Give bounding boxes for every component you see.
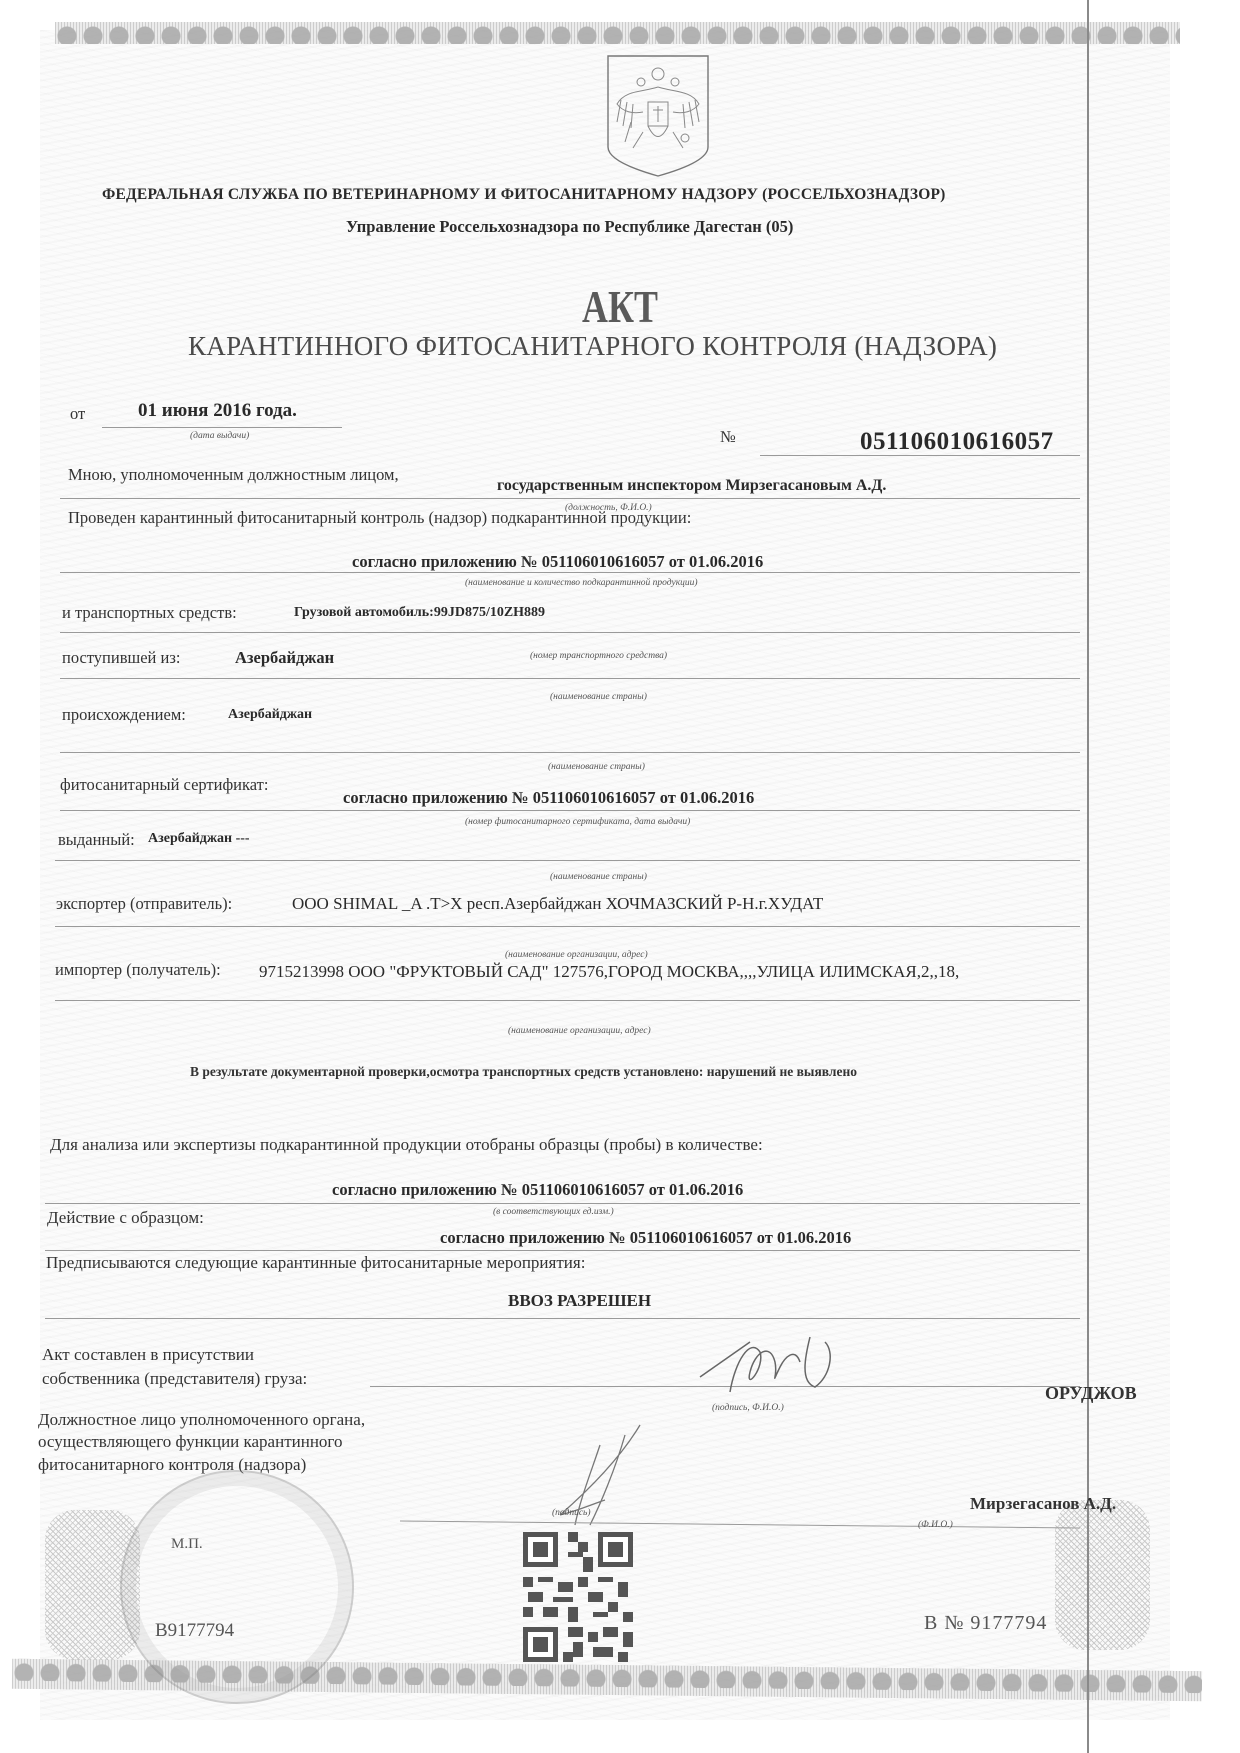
measures-value: ВВОЗ РАЗРЕШЕН bbox=[508, 1291, 651, 1311]
document-title: АКТ bbox=[136, 280, 1103, 333]
date-label: от bbox=[70, 404, 85, 424]
owner-sign-hint: (подпись, Ф.И.О.) bbox=[712, 1403, 784, 1413]
official-label-2: осуществляющего функции карантинного bbox=[38, 1432, 342, 1452]
product-label: Проведен карантинный фитосанитарный конт… bbox=[68, 508, 691, 528]
measures-label: Предписываются следующие карантинные фит… bbox=[46, 1253, 585, 1273]
inspector-rule bbox=[60, 498, 1080, 499]
transport-rule bbox=[60, 632, 1080, 633]
inspection-result: В результате документарной проверки,осмо… bbox=[190, 1064, 857, 1080]
sample-action-rule bbox=[45, 1250, 1080, 1251]
origin-from-hint: (наименование страны) bbox=[550, 692, 647, 702]
transport-value: Грузовой автомобиль:99JD875/10ZH889 bbox=[294, 605, 545, 621]
date-rule bbox=[102, 427, 342, 428]
importer-label: импортер (получатель): bbox=[55, 960, 221, 980]
exporter-label: экспортер (отправитель): bbox=[56, 894, 232, 914]
official-name: Мирзегасанов А.Д. bbox=[970, 1494, 1116, 1514]
date-hint: (дата выдачи) bbox=[190, 431, 249, 441]
origin-from-value: Азербайджан bbox=[235, 648, 334, 668]
certificate-rule bbox=[60, 810, 1080, 811]
act-number: 051106010616057 bbox=[860, 428, 1054, 456]
official-stamp bbox=[120, 1470, 354, 1704]
issued-value: Азербайджан --- bbox=[148, 831, 250, 847]
official-label-1: Должностное лицо уполномоченного органа, bbox=[38, 1410, 365, 1430]
official-sign-hint: (подпись) bbox=[552, 1508, 591, 1518]
product-rule bbox=[60, 572, 1080, 573]
ornamental-border-top bbox=[55, 22, 1180, 44]
exporter-rule bbox=[55, 926, 1080, 927]
sample-action-label: Действие с образцом: bbox=[47, 1208, 204, 1228]
official-name-hint: (Ф.И.О.) bbox=[918, 1520, 953, 1530]
qr-code bbox=[523, 1532, 633, 1662]
issued-rule bbox=[55, 860, 1080, 861]
issue-date: 01 июня 2016 года. bbox=[138, 400, 297, 422]
number-rule bbox=[760, 455, 1080, 456]
origin-rule bbox=[60, 752, 1080, 753]
transport-hint: (номер транспортного средства) bbox=[530, 651, 667, 661]
inspector-label: Мною, уполномоченным должностным лицом, bbox=[68, 465, 399, 485]
product-value: согласно приложению № 051106010616057 от… bbox=[352, 552, 763, 572]
agency-name: ФЕДЕРАЛЬНАЯ СЛУЖБА ПО ВЕТЕРИНАРНОМУ И ФИ… bbox=[102, 186, 946, 204]
origin-hint: (наименование страны) bbox=[548, 762, 645, 772]
origin-from-rule bbox=[60, 678, 1080, 679]
samples-hint: (в соответствующих ед.изм.) bbox=[493, 1207, 614, 1217]
product-hint: (наименование и количество подкарантинно… bbox=[465, 578, 698, 588]
ornament-corner-bottom-right bbox=[1055, 1500, 1150, 1650]
certificate-value: согласно приложению № 051106010616057 от… bbox=[343, 788, 754, 808]
importer-rule bbox=[55, 1000, 1080, 1001]
department-name: Управление Россельхознадзора по Республи… bbox=[346, 217, 793, 237]
owner-name: ОРУДЖОВ bbox=[1045, 1383, 1137, 1404]
exporter-value: ООО SHIMAL _A .T>X респ.Азербайджан ХОЧМ… bbox=[292, 894, 823, 914]
transport-label: и транспортных средств: bbox=[62, 603, 237, 623]
inspector-value: государственным инспектором Мирзегасанов… bbox=[497, 477, 886, 495]
issued-label: выданный: bbox=[58, 830, 135, 850]
samples-label: Для анализа или экспертизы подкарантинно… bbox=[50, 1135, 763, 1155]
serial-right: В № 9177794 bbox=[924, 1612, 1047, 1635]
serial-left: B9177794 bbox=[155, 1620, 234, 1642]
importer-hint: (наименование организации, адрес) bbox=[508, 1026, 651, 1036]
exporter-hint: (наименование организации, адрес) bbox=[505, 950, 648, 960]
certificate-label: фитосанитарный сертификат: bbox=[60, 775, 268, 795]
samples-value: согласно приложению № 051106010616057 от… bbox=[332, 1180, 743, 1200]
certificate-hint: (номер фитосанитарного сертификата, дата… bbox=[465, 817, 690, 827]
document-subtitle: КАРАНТИННОГО ФИТОСАНИТАРНОГО КОНТРОЛЯ (Н… bbox=[188, 331, 997, 362]
samples-rule bbox=[45, 1203, 1080, 1204]
official-label-3: фитосанитарного контроля (надзора) bbox=[38, 1455, 306, 1475]
owner-signature bbox=[690, 1322, 890, 1402]
number-label: № bbox=[720, 427, 736, 447]
sample-action-value: согласно приложению № 051106010616057 от… bbox=[440, 1228, 851, 1248]
owner-sign-label-2: собственника (представителя) груза: bbox=[42, 1369, 307, 1389]
issued-hint: (наименование страны) bbox=[550, 872, 647, 882]
coat-of-arms-icon bbox=[603, 52, 713, 180]
measures-rule bbox=[45, 1318, 1080, 1319]
stamp-place-label: М.П. bbox=[171, 1536, 203, 1553]
scan-artifact-line bbox=[1087, 0, 1089, 1753]
origin-label: происхождением: bbox=[62, 705, 186, 725]
owner-sign-label-1: Акт составлен в присутствии bbox=[42, 1345, 254, 1365]
origin-value: Азербайджан bbox=[228, 707, 312, 723]
origin-from-label: поступившей из: bbox=[62, 648, 180, 668]
importer-value: 9715213998 ООО "ФРУКТОВЫЙ САД" 127576,ГО… bbox=[259, 962, 959, 982]
